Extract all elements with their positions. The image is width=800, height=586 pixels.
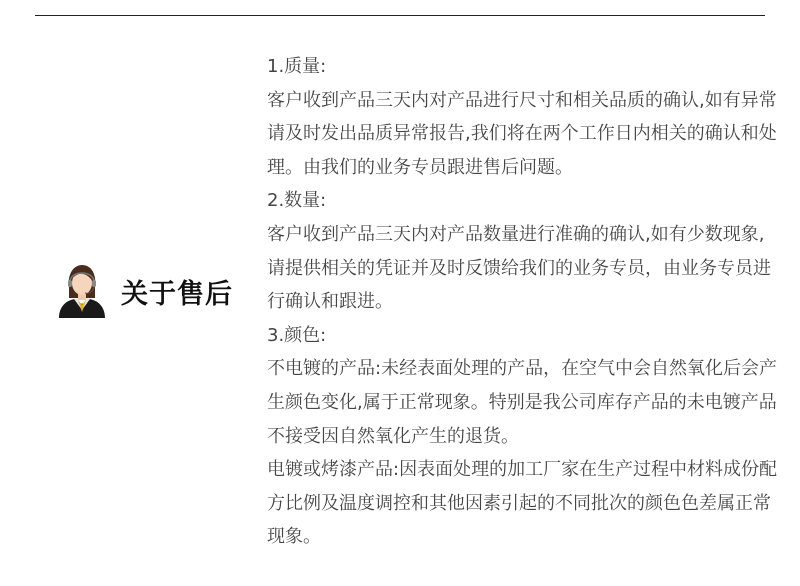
top-divider — [35, 15, 765, 16]
section-header: 关于售后 — [57, 262, 233, 320]
after-sales-content: 1.质量: 客户收到产品三天内对产品进行尺寸和相关品质的确认,如有异常请及时发出… — [267, 50, 779, 554]
item-text-quantity: 客户收到产品三天内对产品数量进行准确的确认,如有少数现象,请提供相关的凭证并及时… — [267, 218, 779, 319]
customer-service-agent-icon — [57, 262, 107, 320]
item-text-color-plated: 电镀或烤漆产品:因表面处理的加工厂家在生产过程中材料成份配方比例及温度调控和其他… — [267, 453, 779, 554]
item-heading-quality: 1.质量: — [267, 50, 779, 84]
section-title: 关于售后 — [121, 272, 233, 311]
item-text-quality: 客户收到产品三天内对产品进行尺寸和相关品质的确认,如有异常请及时发出品质异常报告… — [267, 84, 779, 185]
item-text-color-unplated: 不电镀的产品:未经表面处理的产品，在空气中会自然氧化后会产生颜色变化,属于正常现… — [267, 352, 779, 453]
item-heading-quantity: 2.数量: — [267, 184, 779, 218]
item-heading-color: 3.颜色: — [267, 319, 779, 353]
